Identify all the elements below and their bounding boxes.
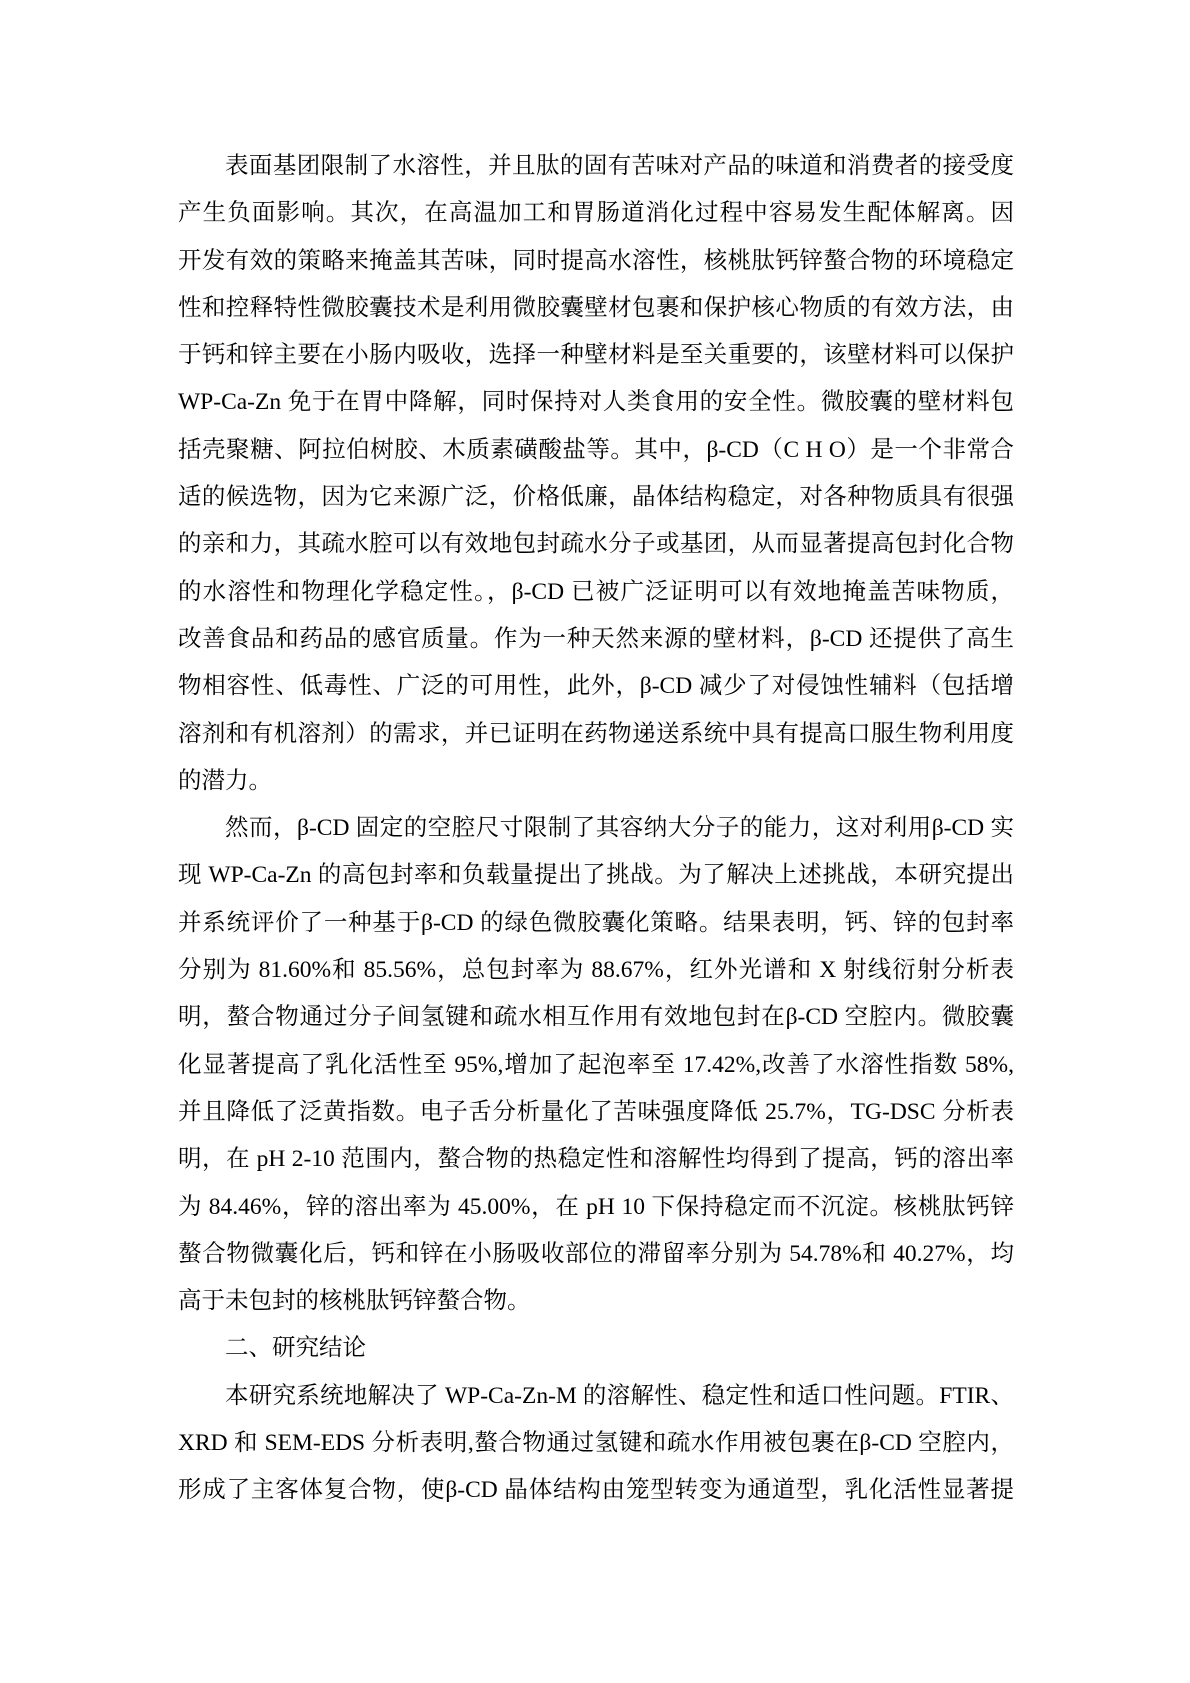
- page-text-area: 表面基团限制了水溶性，并且肽的固有苦味对产品的味道和消费者的接受度产生负面影响。…: [178, 143, 1014, 1515]
- document-page: 表面基团限制了水溶性，并且肽的固有苦味对产品的味道和消费者的接受度产生负面影响。…: [0, 0, 1190, 1683]
- text-line: 并系统评价了一种基于β-CD 的绿色微胶囊化策略。结果表明，钙、锌的包封率: [178, 900, 1014, 947]
- text-line: 化显著提高了乳化活性至 95%,增加了起泡率至 17.42%,改善了水溶性指数 …: [178, 1042, 1014, 1089]
- text-line: 的水溶性和物理化学稳定性。，β-CD 已被广泛证明可以有效地掩盖苦味物质，: [178, 569, 1014, 616]
- text-line: 为 84.46%，锌的溶出率为 45.00%，在 pH 10 下保持稳定而不沉淀…: [178, 1184, 1014, 1231]
- text-line: 并且降低了泛黄指数。电子舌分析量化了苦味强度降低 25.7%，TG-DSC 分析…: [178, 1089, 1014, 1136]
- text-line: 螯合物微囊化后，钙和锌在小肠吸收部位的滞留率分别为 54.78%和 40.27%…: [178, 1231, 1014, 1278]
- text-line: 适的候选物，因为它来源广泛，价格低廉，晶体结构稳定，对各种物质具有很强: [178, 474, 1014, 521]
- text-line: 高于未包封的核桃肽钙锌螯合物。: [178, 1278, 1014, 1325]
- text-line: 物相容性、低毒性、广泛的可用性，此外，β-CD 减少了对侵蚀性辅料（包括增: [178, 663, 1014, 710]
- text-line: 形成了主客体复合物，使β-CD 晶体结构由笼型转变为通道型，乳化活性显著提: [178, 1467, 1014, 1514]
- text-line: 的潜力。: [178, 758, 1014, 805]
- text-line: 改善食品和药品的感官质量。作为一种天然来源的壁材料，β-CD 还提供了高生: [178, 616, 1014, 663]
- text-line: 明，在 pH 2-10 范围内，螯合物的热稳定性和溶解性均得到了提高，钙的溶出率: [178, 1136, 1014, 1183]
- text-line: 表面基团限制了水溶性，并且肽的固有苦味对产品的味道和消费者的接受度: [178, 143, 1014, 190]
- text-line: 本研究系统地解决了 WP-Ca-Zn-M 的溶解性、稳定性和适口性问题。FTIR…: [178, 1373, 1014, 1420]
- text-line: 的亲和力，其疏水腔可以有效地包封疏水分子或基团，从而显著提高包封化合物: [178, 521, 1014, 568]
- text-line: 分别为 81.60%和 85.56%，总包封率为 88.67%，红外光谱和 X …: [178, 947, 1014, 994]
- text-line: 现 WP-Ca-Zn 的高包封率和负载量提出了挑战。为了解决上述挑战，本研究提出: [178, 852, 1014, 899]
- text-line: 于钙和锌主要在小肠内吸收，选择一种壁材料是至关重要的，该壁材料可以保护: [178, 332, 1014, 379]
- text-line: 溶剂和有机溶剂）的需求，并已证明在药物递送系统中具有提高口服生物利用度: [178, 711, 1014, 758]
- text-line: 明，螯合物通过分子间氢键和疏水相互作用有效地包封在β-CD 空腔内。微胶囊: [178, 994, 1014, 1041]
- text-line: XRD 和 SEM-EDS 分析表明,螯合物通过氢键和疏水作用被包裹在β-CD …: [178, 1420, 1014, 1467]
- text-line: WP-Ca-Zn 免于在胃中降解，同时保持对人类食用的安全性。微胶囊的壁材料包: [178, 379, 1014, 426]
- text-line: 开发有效的策略来掩盖其苦味，同时提高水溶性，核桃肽钙锌螯合物的环境稳定: [178, 238, 1014, 285]
- text-line: 然而，β-CD 固定的空腔尺寸限制了其容纳大分子的能力，这对利用β-CD 实: [178, 805, 1014, 852]
- text-line: 性和控释特性微胶囊技术是利用微胶囊壁材包裹和保护核心物质的有效方法，由: [178, 285, 1014, 332]
- section-heading: 二、研究结论: [178, 1325, 1014, 1372]
- text-line: 产生负面影响。其次，在高温加工和胃肠道消化过程中容易发生配体解离。因此，: [178, 190, 1014, 237]
- text-line: 括壳聚糖、阿拉伯树胶、木质素磺酸盐等。其中，β-CD（C H O）是一个非常合: [178, 427, 1014, 474]
